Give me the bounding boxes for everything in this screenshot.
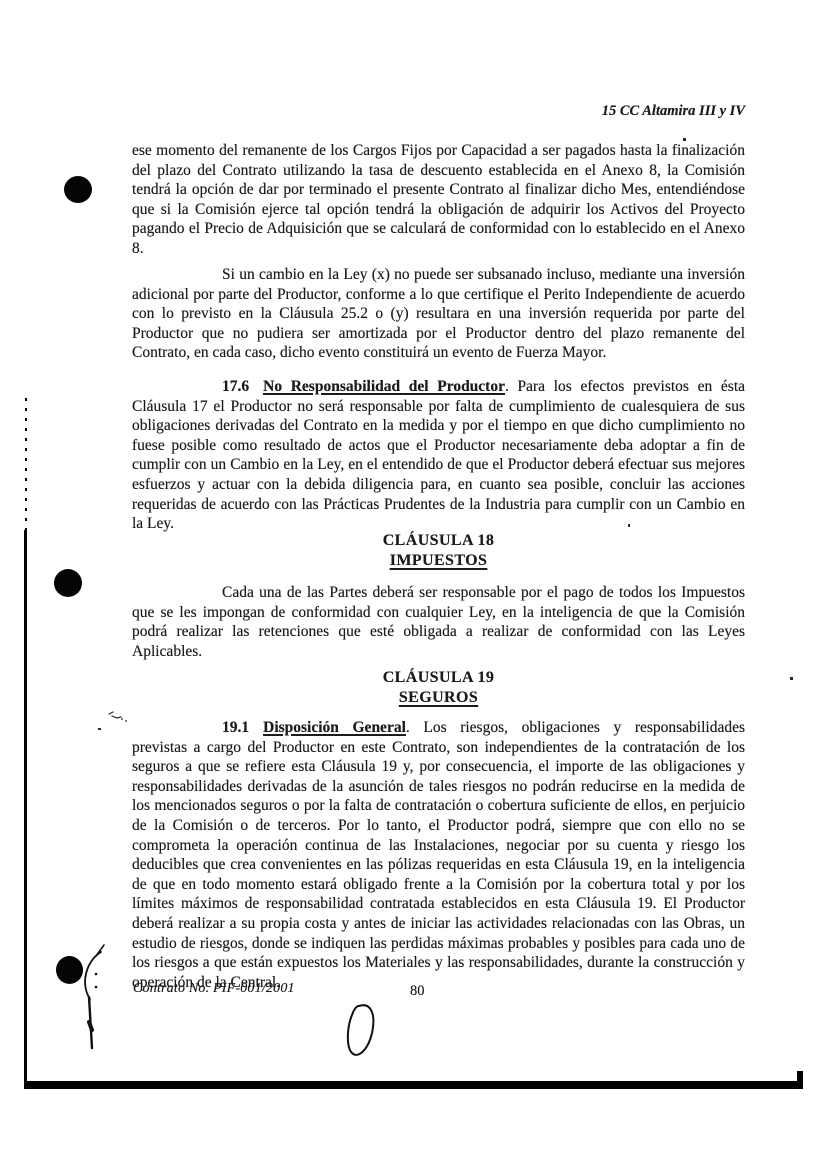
scan-speck <box>98 728 101 730</box>
scan-border-left-faint <box>25 398 27 532</box>
clause-18-heading-line2: IMPUESTOS <box>132 551 745 571</box>
footer-contract-number: Contrato No. PIF-001/2001 <box>133 981 295 997</box>
clause-17-6-paragraph: 17.6No Responsabilidad del Productor. Pa… <box>132 377 745 534</box>
scan-border-bottom <box>25 1081 803 1089</box>
handwritten-margin-scribble <box>109 712 127 722</box>
clause-17-6-text: Para los efectos previstos en ésta Cláus… <box>132 378 745 532</box>
scanned-contract-page: 15 CC Altamira III y IV ese momento del … <box>0 0 828 1169</box>
handwritten-paraph-mark <box>85 945 104 1048</box>
scan-speck <box>628 524 630 527</box>
clause-19-1-paragraph: 19.1Disposición General. Los riesgos, ob… <box>132 718 745 992</box>
paragraph-continuation: ese momento del remanente de los Cargos … <box>132 141 745 259</box>
clause-18-paragraph: Cada una de las Partes deberá ser respon… <box>132 583 745 661</box>
clause-18-heading-line1: CLÁUSULA 18 <box>132 531 745 551</box>
clause-19-heading: CLÁUSULA 19 SEGUROS <box>132 668 745 708</box>
clause-19-heading-line1: CLÁUSULA 19 <box>132 668 745 688</box>
scan-speck <box>683 138 686 141</box>
clause-19-1-number: 19.1 <box>222 719 249 736</box>
clause-19-heading-line2: SEGUROS <box>132 688 745 708</box>
page-header-right: 15 CC Altamira III y IV <box>132 103 745 120</box>
handwritten-oval-mark <box>348 1005 373 1055</box>
clause-19-1-title: Disposición General <box>263 719 406 736</box>
footer-page-number: 80 <box>410 983 425 1000</box>
scan-dot-icon <box>64 176 92 203</box>
scan-border-right-tick <box>797 1071 803 1089</box>
paragraph-ley-cambio: Si un cambio en la Ley (x) no puede ser … <box>132 265 745 363</box>
scan-speck <box>790 677 793 680</box>
clause-19-1-text: Los riesgos, obligaciones y responsabili… <box>132 719 745 991</box>
clause-19-1-separator: . <box>406 719 423 736</box>
scan-border-left <box>24 530 27 1089</box>
clause-18-heading: CLÁUSULA 18 IMPUESTOS <box>132 531 745 571</box>
clause-17-6-number: 17.6 <box>222 378 249 395</box>
clause-17-6-separator: . <box>505 378 518 395</box>
scan-dot-icon <box>54 569 82 597</box>
clause-17-6-title: No Responsabilidad del Productor <box>263 378 505 395</box>
scan-dot-icon <box>56 956 83 984</box>
